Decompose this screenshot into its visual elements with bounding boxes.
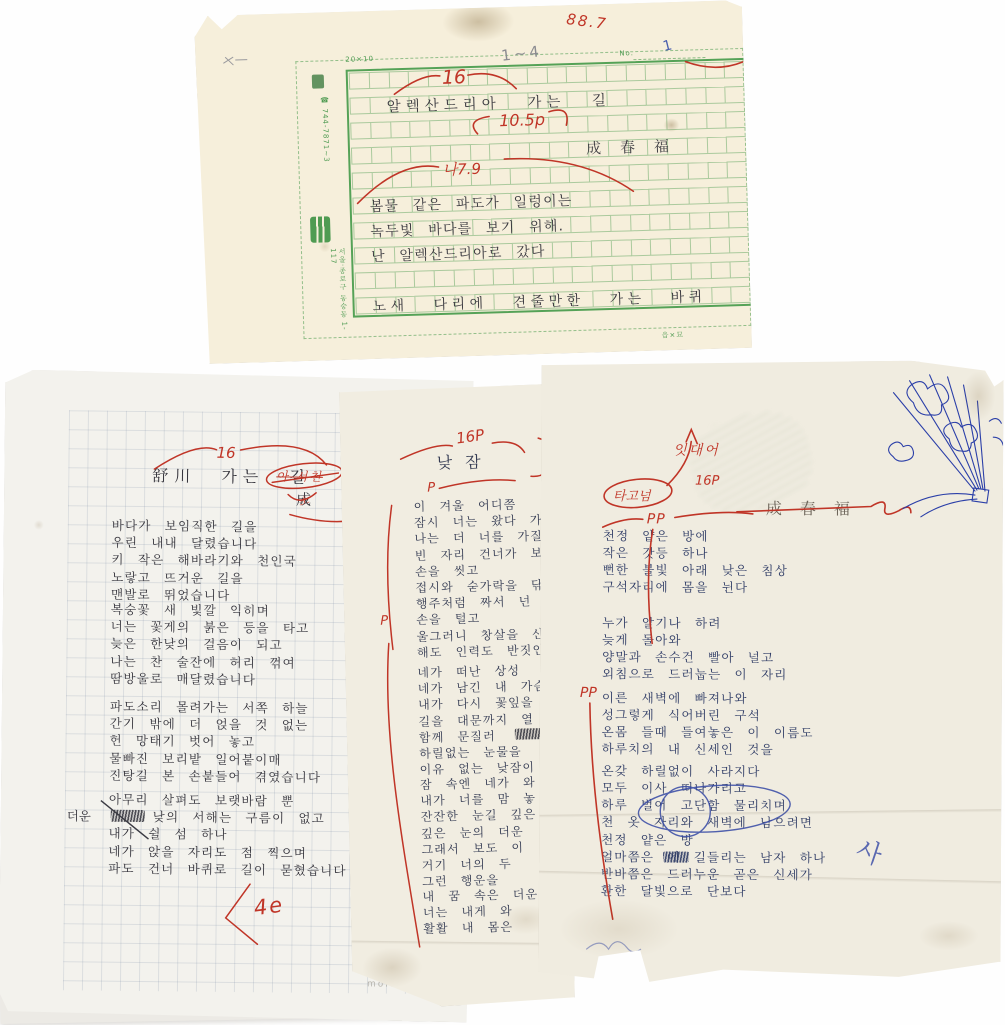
manuscript-grid-cell [371,121,391,139]
manuscript-grid-cell [685,62,705,80]
photo-canvas: 20×10 ☎ 744-7871~3 서울·종로구 동숭동 1-117 읍×묘 … [0,0,1005,1025]
paper-stain [442,1,515,43]
manuscript-grid-cell [435,270,455,288]
red-size-note: 16P [455,426,485,448]
poem-line: 키 작은 해바라기와 천인국 [111,551,297,570]
paper-stain [919,921,979,951]
crossed-out-word [663,851,689,862]
manuscript-grid-cell [690,212,710,230]
poem-line: 환한 달빛으로 단보다 [601,882,826,900]
manuscript-grid-cell [628,114,648,132]
manuscript-grid-cell [669,188,689,206]
poem-line: 복숭꽃 새 빛깔 익히며 [111,601,310,620]
poem-line: 작은 갓등 하나 [603,544,789,562]
poem-line: 나는 찬 술잔에 허리 꺾여 [110,652,309,671]
poem-line: 이른 새벽에 빠져나와 [602,689,814,707]
red-bottom-mark: 4e [252,893,285,921]
manuscript-grid-cell [632,264,652,282]
manuscript-grid-cell [710,236,730,254]
manuscript-grid-cell [530,167,550,185]
manuscript-grid-cell [494,268,514,286]
manuscript-sheet: 20×10 ☎ 744-7871~3 서울·종로구 동숭동 1-117 읍×묘 … [194,0,752,364]
red-p-mark: P [427,480,435,495]
red-circled-note: 타고넘 [613,485,651,504]
poem-stanza: 파도소리 몰려가는 서쪽 하늘간기 밖에 더 얹을 것 없는헌 망태기 벗어 놓… [109,698,322,786]
inserted-word: 더운 [67,806,91,824]
poem-stanza: 아무리 살펴도 보랫바람 뿐낮의 서해는 구름이 없고내가 쉴 섬 하나네가 앉… [108,791,347,880]
poem-line: 파도소리 몰려가는 서쪽 하늘 [110,698,322,717]
manuscript-grid-cell [412,170,432,188]
poem-line: 너는 꽃게의 붉은 등을 타고 [111,618,310,637]
manuscript-grid-cell [391,146,411,164]
manuscript-grid-cell [690,237,710,255]
poem-stanza: 이 겨울 어디쯤잠시 너는 왔다 가나는 더 너를 가질빈 자리 건너가 보던손… [414,496,559,661]
poem-line: 노랗고 뜨거운 길을 [111,568,297,587]
manuscript-grid-cell [686,87,706,105]
manuscript-grid-cell [688,162,708,180]
manuscript-grid-cell [508,67,528,85]
manuscript-grid-cell [609,164,629,182]
manuscript-grid-cell [726,86,746,104]
poem-stanza: 복숭꽃 새 빛깔 익히며너는 꽃게의 붉은 등을 타고늦은 한낮의 걸음이 되고… [110,601,310,689]
paper-stain [559,899,679,960]
red-pp-mark: PP [580,685,597,701]
manuscript-grid-cell [549,116,569,134]
poem-line: 성그렇게 식어버린 구석 [602,706,814,724]
manuscript-grid-cell [630,189,650,207]
manuscript-grid-cell [514,267,534,285]
manuscript-grid-row [352,161,748,190]
manuscript-grid-cell [549,141,569,159]
poem-stanza: 누가 알기나 하려늦게 돌아와양말과 손수건 빨아 널고외침으로 드러눕는 이 … [602,614,788,683]
manuscript-grid-cell [488,68,508,86]
manuscript-grid-cell [687,112,707,130]
manuscript-grid-cell [372,171,392,189]
poem-line: 누가 알기나 하려 [602,614,788,632]
manuscript-grid-cell [646,63,666,81]
manuscript-grid-cell [610,189,630,207]
poem-line: 파도 건너 바퀴로 길이 묻혔습니다 [108,859,347,879]
poem-line: 내가 쉴 섬 하나 [108,825,347,845]
manuscript-grid-cell [706,86,726,104]
poem-line: 천정 얕은 방에 [603,527,789,545]
publisher-logo-icon [310,216,331,243]
manuscript-grid-cell [568,116,588,134]
manuscript-grid-cell [627,89,647,107]
manuscript-grid-cell [389,71,409,89]
manuscript-grid-cell [611,214,631,232]
manuscript-grid-cell [606,64,626,82]
manuscript-grid-cell [631,239,651,257]
manuscript-grid-cell [608,114,628,132]
poem-line: 간기 밖에 더 얹을 것 없는 [110,715,322,734]
manuscript-grid-cell [727,136,747,154]
red-size-note: 16P [695,474,719,489]
poem-stanza: 천정 얕은 방얼마쯤은 에 길들리는 남자 하나반바쯤은 드러누운 곧은 신세가… [601,831,827,900]
manuscript-grid-cell [572,241,592,259]
manuscript-grid-cell [454,269,474,287]
grid-size-label: 20×10 [345,55,374,64]
manuscript-grid-cell [392,171,412,189]
manuscript-grid-cell [352,172,373,190]
red-date-note: 88.7 [565,10,608,33]
red-strike-note: 아 서천 [276,467,323,484]
manuscript-grid-cell [649,163,669,181]
manuscript-grid-cell [707,111,727,129]
poem-line: 온갖 하릴없이 사라지다 [601,762,813,780]
staple [201,278,205,294]
poem-title-nap: 낮잠 [436,449,493,473]
manuscript-grid-cell [547,66,567,84]
manuscript-grid-cell [375,271,395,289]
manuscript-grid-cell [629,164,649,182]
manuscript-grid-cell [709,211,729,229]
poem-line: 양말과 손수건 빨아 널고 [602,648,788,666]
crossed-out-word [515,728,543,740]
manuscript-grid-cell [491,168,511,186]
manuscript-grid-cell [530,142,550,160]
manuscript-grid-cell [510,142,530,160]
manuscript-grid-cell [626,64,646,82]
manuscript-grid-cell [666,63,686,81]
red-size-body: 나7.9 [442,158,481,180]
paper-stain [961,371,995,421]
poem-line: 하루치의 내 신세인 것을 [602,740,814,758]
manuscript-grid-cell [728,186,748,204]
manuscript-grid-cell [671,238,691,256]
manuscript-grid-cell [570,166,590,184]
poem-line: 진탕길 본 손붙들어 겪였습니다 [109,766,321,785]
manuscript-grid-cell [671,263,691,281]
manuscript-grid-cell [709,186,729,204]
manuscript-grid-cell [726,111,746,129]
manuscript-grid-cell [731,261,751,279]
manuscript-grid-cell [689,187,709,205]
poem-line: 모두 이사 떠나가리고 [601,779,813,797]
manuscript-grid-cell [369,71,389,89]
poem-line: 그래서 보도 이 [421,839,537,858]
manuscript-grid-cell [688,137,708,155]
manuscript-grid-cell [571,216,591,234]
manuscript-grid-cell [708,161,728,179]
red-pp-mark: PP [647,511,666,527]
poem-line: 빈 자리 건너가 보던 [415,544,557,563]
manuscript-grid-cell [705,61,725,79]
manuscript-grid-cell [468,69,488,87]
poem-stanza: 바다가 보임직한 길을우린 내내 달렸습니다키 작은 해바라기와 천인국노랗고 … [111,517,297,605]
poem-line: 늦게 돌아와 [602,631,788,649]
author-name: 成春福 [586,135,689,159]
poem-stanza: 이른 새벽에 빠져나와성그렇게 식어버린 구석온몸 들때 들여놓은 이 이름도하… [602,689,814,758]
poem-line: 외침으로 드러눕는 이 자리 [602,665,788,683]
poem-line: 헌 망태기 벗어 놓고 [109,732,321,751]
publisher-address: 서울·종로구 동숭동 1-117 [329,248,350,334]
manuscript-grid-cell [729,211,749,229]
manuscript-grid-cell [410,120,430,138]
manuscript-grid-cell [590,190,610,208]
poem-line: 바다가 보임직한 길을 [112,517,298,536]
manuscript-grid-cell [591,215,611,233]
poem-line: 아무리 살펴도 보랫바람 뿐 [109,791,348,811]
poem-line: 천정 얕은 방 [601,831,826,849]
red-size-title: 16 [442,66,467,89]
red-size-title: 16 [216,444,235,462]
paper-stain [34,520,44,530]
plain-sheet-right: 타고넘 잇대어 16P PP PP 成春福 천정 얕은 방에작은 갓등 하나뻔한… [538,359,1003,993]
manuscript-grid-cell [590,165,610,183]
manuscript-grid-cell [725,61,745,79]
manuscript-grid-cell [592,240,612,258]
manuscript-grid-cell [350,122,371,140]
publisher-seal-icon [312,74,324,88]
manuscript-grid-cell [474,268,494,286]
paper-corner-mark: 읍×묘 [661,330,684,341]
poem-line: 우린 내내 달렸습니다 [112,534,298,553]
manuscript-grid-cell [527,67,547,85]
manuscript-grid-cell [351,147,372,165]
manuscript-grid-cell [691,262,711,280]
manuscript-grid-cell [587,65,607,83]
manuscript-grid-cell [349,72,370,90]
manuscript-grid-cell [728,161,748,179]
poem-line: 얼마쯤은 에 길들리는 남자 하나 [601,848,826,866]
manuscript-grid-cell [573,265,593,283]
manuscript-grid-cell [470,118,490,136]
page-no-label: No. [619,49,634,57]
poem-line: 뻔한 불빛 아래 낮은 침상 [603,561,789,579]
poem-stanza: 온갖 하릴없이 사라지다모두 이사 떠나가리고하루 벌어 고단함 물리치며천 옷… [601,762,813,831]
manuscript-grid-cell [650,213,670,231]
manuscript-grid-cell [712,286,732,304]
manuscript-grid-cell [430,120,450,138]
manuscript-grid-cell [707,136,727,154]
manuscript-grid-cell [553,266,573,284]
manuscript-grid-cell [571,191,591,209]
red-p-mark: P [380,614,388,629]
poem-stanza: 천정 얕은 방에작은 갓등 하나뻔한 불빛 아래 낮은 침상구석자리에 몸을 뉜… [602,527,788,596]
poem-line: 내 꿈 속은 더운 [422,886,538,905]
manuscript-grid-cell [612,264,632,282]
manuscript-grid-cell [349,97,370,115]
manuscript-grid-cell [730,236,750,254]
poem-line: 네가 앉을 자리도 점 찍으며 [108,842,347,862]
poem-line: 해도 인력도 반짓인 [417,642,559,661]
manuscript-grid-cell [666,88,686,106]
author-name-struck: 成春福 [766,496,868,520]
manuscript-grid-cell [567,66,587,84]
manuscript-grid-cell [395,271,415,289]
poem-line: 온몸 들때 들여놓은 이 이름도 [602,723,814,741]
manuscript-grid-cell [533,267,553,285]
manuscript-grid-cell [631,214,651,232]
manuscript-grid-cell [372,146,392,164]
manuscript-grid-cell [711,261,731,279]
red-arrow-note: 잇대어 [673,439,720,459]
poem-stanza: 잠 속엔 네가 와내가 너를 맘 놓잔잔한 눈길 깊은깊은 눈의 더운그래서 보… [420,774,538,890]
poem-line: 구석자리에 몸을 뉜다 [602,578,788,596]
manuscript-grid-cell [490,143,510,161]
poem-line: 늦은 한낮의 걸음이 되고 [110,635,309,654]
manuscript-grid-cell [409,70,429,88]
manuscript-grid-cell [669,163,689,181]
manuscript-grid-cell [391,121,411,139]
crossed-out-word [111,810,145,822]
manuscript-grid-cell [550,166,570,184]
manuscript-grid-cell [650,188,670,206]
manuscript-grid-cell [612,239,632,257]
poem-body: 봄물 같은 파도가 일렁이는녹두빛 바다를 보기 위해.난 알렉산드리아로 갔다 [369,189,574,270]
manuscript-grid-cell [411,145,431,163]
manuscript-grid-cell [415,270,435,288]
poem-line: 물빠진 보리밭 일어붙이매 [109,749,321,768]
blue-scribble-note: 사 [852,830,887,873]
manuscript-grid-cell [450,119,470,137]
manuscript-grid-cell [670,213,690,231]
manuscript-grid-cell [588,115,608,133]
manuscript-grid-cell [593,265,613,283]
manuscript-grid-cell [647,88,667,106]
poem-line: 땀방울로 매달렸습니다 [110,669,309,688]
manuscript-grid-cell [652,263,672,281]
manuscript-grid-cell [651,238,671,256]
manuscript-grid-cell [731,286,751,304]
manuscript-grid-cell [355,272,376,290]
manuscript-grid-cell [511,167,531,185]
